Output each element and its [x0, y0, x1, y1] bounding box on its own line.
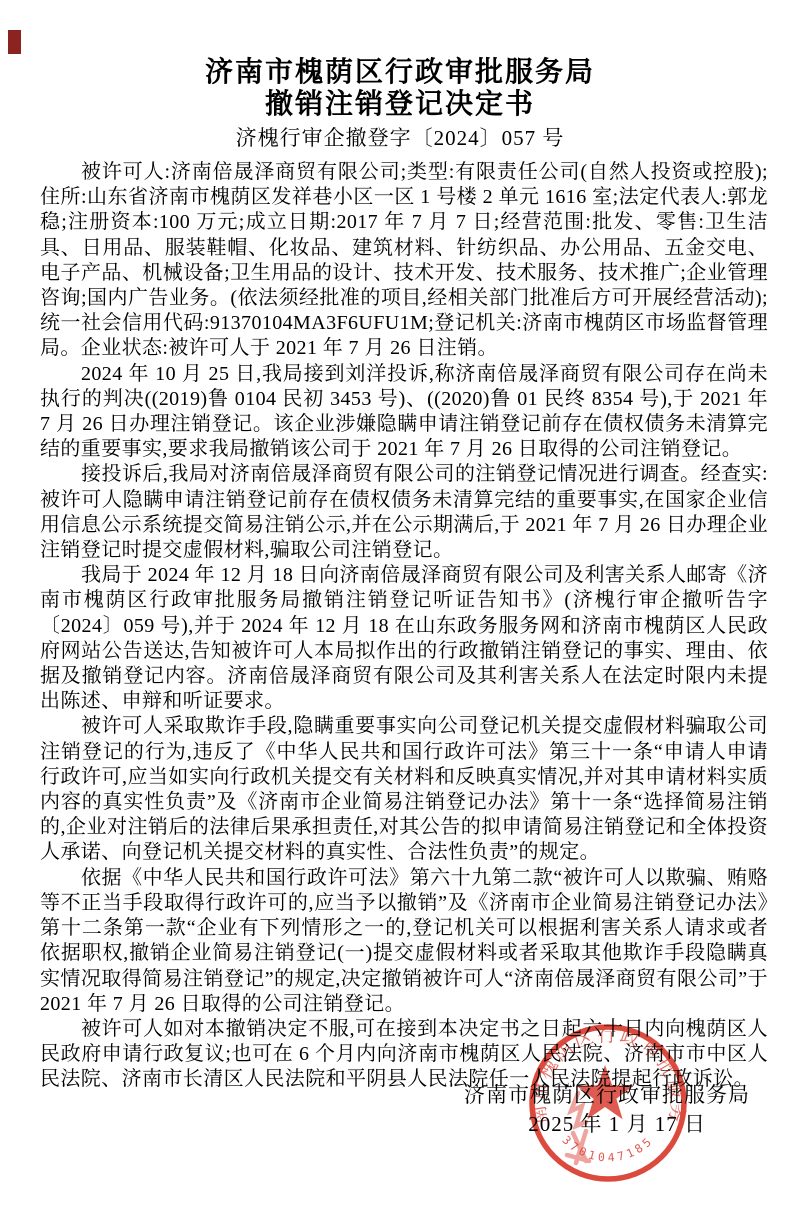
- document-page: 济南市槐荫区行政审批服务局 撤销注销登记决定书 济槐行审企撤登字〔2024〕05…: [0, 0, 800, 1212]
- paragraph-investigation: 接投诉后,我局对济南倍晟泽商贸有限公司的注销登记情况进行调查。经查实:被许可人隐…: [40, 462, 768, 563]
- paragraph-decision: 依据《中华人民共和国行政许可法》第六十九第二款“被许可人以欺骗、贿赂等不正当手段…: [40, 866, 768, 1017]
- paragraph-complaint: 2024 年 10 月 25 日,我局接到刘洋投诉,称济南倍晟泽商贸有限公司存在…: [40, 362, 768, 463]
- signature-date: 2025 年 1 月 17 日: [464, 1111, 706, 1138]
- paragraph-licensee-info: 被许可人:济南倍晟泽商贸有限公司;类型:有限责任公司(自然人投资或控股);住所:…: [40, 160, 768, 362]
- paragraph-hearing-notice: 我局于 2024 年 12 月 18 日向济南倍晟泽商贸有限公司及利害关系人邮寄…: [40, 563, 768, 714]
- document-number: 济槐行审企撤登字〔2024〕057 号: [0, 126, 800, 150]
- signature-block: 济南市槐荫区行政审批服务局 2025 年 1 月 17 日: [464, 1082, 750, 1138]
- signature-agency: 济南市槐荫区行政审批服务局: [464, 1082, 750, 1109]
- paragraph-violation: 被许可人采取欺诈手段,隐瞒重要事实向公司登记机关提交虚假材料骗取公司注销登记的行…: [40, 714, 768, 865]
- scan-corner-mark: [8, 30, 21, 54]
- title-line-1: 济南市槐荫区行政审批服务局: [0, 56, 800, 88]
- document-heading: 济南市槐荫区行政审批服务局 撤销注销登记决定书: [0, 56, 800, 120]
- document-body: 被许可人:济南倍晟泽商贸有限公司;类型:有限责任公司(自然人投资或控股);住所:…: [40, 160, 768, 1093]
- title-line-2: 撤销注销登记决定书: [0, 88, 800, 120]
